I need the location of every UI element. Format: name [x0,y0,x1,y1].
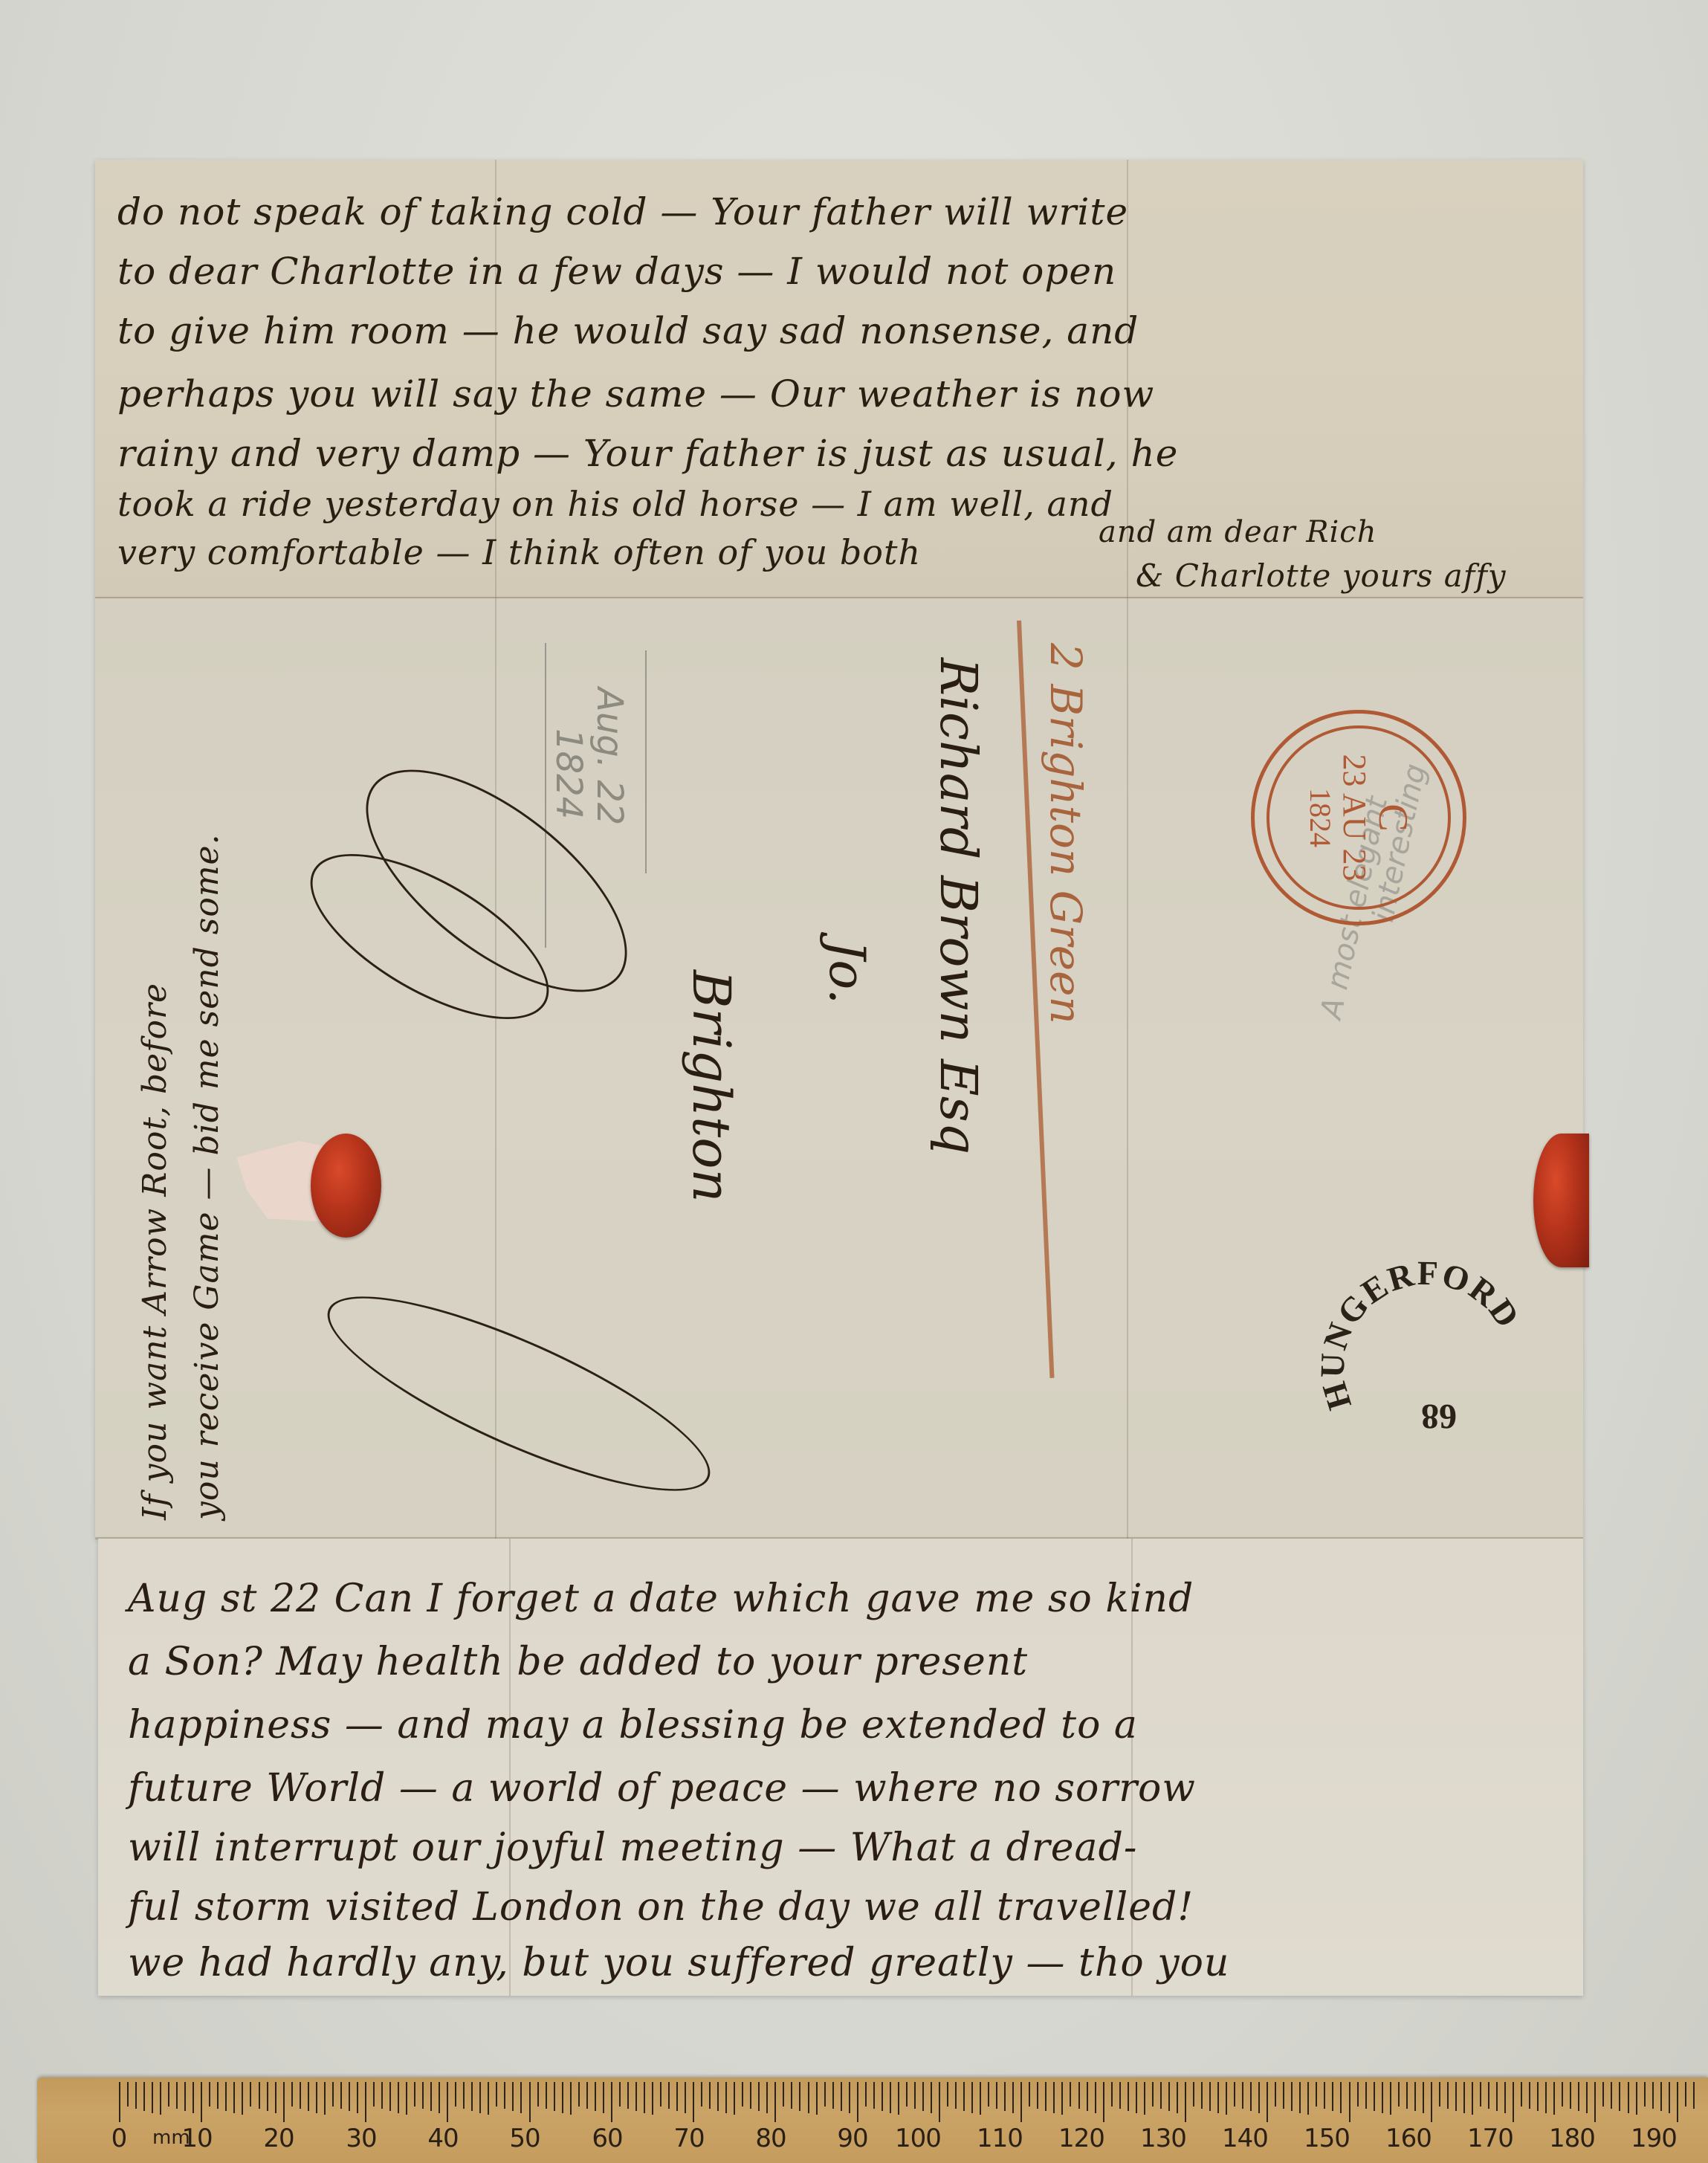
ruler-tick [709,2082,711,2109]
ruler-tick [750,2082,751,2109]
ruler-tick [1349,2082,1350,2122]
ruler-tick [1602,2082,1604,2107]
ruler-tick [1357,2082,1359,2107]
ruler-tick [406,2082,407,2115]
ruler-tick [1594,2082,1596,2122]
ruler-tick [1586,2082,1588,2113]
ruler-tick [882,2082,883,2111]
letter-line: Aug st 22 Can I forget a date which gave… [128,1580,1194,1618]
ruler-tick [1545,2082,1547,2113]
ruler-tick [1677,2082,1678,2122]
letter-line: ful storm visited London on the day we a… [128,1888,1194,1927]
ruler-tick [799,2082,800,2111]
ruler-tick [160,2082,161,2115]
ruler-tick [890,2082,891,2113]
ruler-tick [176,2082,178,2109]
ruler-label: 60 [592,2124,622,2153]
ruler-tick [1250,2082,1252,2111]
postmark-number: 68 [1421,1397,1457,1436]
ruler-label: 10 [181,2124,212,2153]
ruler-tick [1078,2082,1080,2109]
ruler-tick [980,2082,981,2115]
ruler-tick [668,2082,670,2109]
ruler-tick [291,2082,293,2107]
ruler-tick [1299,2082,1301,2113]
ruler-tick [193,2082,194,2113]
ruler-label: 0 [111,2124,127,2153]
ruler-tick [463,2082,465,2109]
ruler-tick [308,2082,309,2111]
ruler-label: 30 [346,2124,376,2153]
ruler-tick [1070,2082,1071,2107]
ruler-tick [742,2082,743,2107]
ruler-tick [1242,2082,1243,2109]
ruler-tick [1611,2082,1612,2109]
ruler-tick [1636,2082,1637,2115]
ruler-tick [1177,2082,1178,2113]
ruler-tick [1423,2082,1424,2113]
ruler-tick [963,2082,965,2111]
wax-seal-left [311,1134,381,1238]
ruler-tick [1447,2082,1449,2109]
ruler-tick [914,2082,916,2109]
closing-insert: and am dear Rich [1099,515,1377,549]
ruler-tick [1578,2082,1579,2111]
ruler-tick [168,2082,169,2107]
ruler-tick [766,2082,768,2113]
ruler-tick [1340,2082,1342,2113]
ruler-tick [841,2082,842,2111]
ruler-tick [1136,2082,1137,2113]
ruler-label: 170 [1467,2124,1513,2153]
postal-charge: 2 Brighton Green [1041,643,1091,1024]
ruler-tick [1439,2082,1440,2107]
postmark-hungerford: HUNGERFORD 68 [1308,1219,1531,1442]
ruler-tick [1283,2082,1284,2109]
ruler-tick [1209,2082,1211,2111]
ruler-tick [267,2082,268,2111]
ruler-tick [1004,2082,1006,2111]
ruler-tick [1332,2082,1333,2111]
ruler-tick [627,2082,629,2109]
ruler-tick [398,2082,399,2113]
ruler-tick [1316,2082,1317,2107]
postmark-letter: C [1372,754,1414,881]
ruler-tick [947,2082,948,2107]
ruler-tick [1201,2082,1203,2109]
ruler-tick [283,2082,285,2122]
ruler-tick [1398,2082,1400,2107]
ruler-tick [586,2082,588,2109]
ruler-label: 160 [1385,2124,1432,2153]
ruler-tick [774,2082,776,2122]
ruler-tick [857,2082,858,2122]
ruler-tick [455,2082,456,2107]
ruler-tick [971,2082,973,2113]
ruler-tick [324,2082,326,2115]
ruler-tick [1455,2082,1457,2111]
ruler-tick [414,2082,415,2107]
ruler-tick [906,2082,908,2107]
ruler-tick [734,2082,735,2115]
ruler-tick [504,2082,505,2109]
ruler-tick [849,2082,850,2113]
ruler-tick [619,2082,621,2107]
letter-line: perhaps you will say the same — Our weat… [117,375,1154,413]
address-initials: Jo. [818,940,876,1004]
ruler-tick [225,2082,227,2111]
postmark-arc: HUNGERFORD 68 [1308,1219,1531,1442]
postmark-text: C 23 AU 23 1824 [1304,754,1414,881]
address-name: Richard Brown Esq [928,658,987,1154]
ruler-tick [201,2082,202,2122]
ruler-tick [996,2082,997,2109]
ruler-label: 150 [1304,2124,1350,2153]
ruler-label: 110 [977,2124,1023,2153]
fold-line [1127,598,1128,1539]
letter-line: we had hardly any, but you suffered grea… [128,1944,1229,1982]
ruler-tick [1307,2082,1309,2115]
ruler-tick [725,2082,727,2113]
ruler-tick [349,2082,350,2111]
ruler-tick [1291,2082,1293,2111]
ruler-tick [127,2082,129,2107]
letter-line: rainy and very damp — Your father is jus… [117,435,1178,472]
ruler-tick [1324,2082,1325,2109]
ruler-tick [1529,2082,1530,2109]
ruler-tick [1365,2082,1367,2109]
closing-signature: & Charlotte yours affy [1136,557,1507,594]
ruler-tick [381,2082,383,2109]
ruler-tick [562,2082,563,2113]
ruler-label: 140 [1222,2124,1268,2153]
ruler-tick [1193,2082,1194,2107]
ruler-tick [1685,2082,1686,2107]
ruler-label: 120 [1058,2124,1104,2153]
ruler-tick [1258,2082,1260,2113]
ruler-tick [570,2082,572,2115]
ruler-tick [1374,2082,1375,2111]
pencil-rule [645,650,647,873]
ruler-tick [1660,2082,1662,2111]
ruler-tick [389,2082,391,2111]
letter-line: to dear Charlotte in a few days — I woul… [117,253,1116,290]
ruler-tick [1496,2082,1498,2111]
folded-letter: do not speak of taking cold — Your fathe… [95,160,1583,1996]
ruler-tick [1144,2082,1145,2115]
postmark-year: 1824 [1304,754,1336,881]
ruler-tick [1275,2082,1276,2107]
ruler-tick [554,2082,555,2111]
ruler-tick [1628,2082,1629,2113]
ruler-tick [1152,2082,1154,2107]
ruler-tick [447,2082,448,2122]
ruler-tick [1061,2082,1063,2115]
ruler-tick [685,2082,686,2113]
ruler-tick [1382,2082,1383,2113]
ruler-tick [1553,2082,1555,2115]
ruler-tick [242,2082,243,2115]
ruler-tick [1012,2082,1014,2113]
ruler-tick [357,2082,358,2113]
ruler-tick [1652,2082,1654,2109]
ruler-tick [184,2082,186,2111]
ruler-tick [652,2082,653,2115]
ruler-tick [1103,2082,1104,2122]
letter-line: happiness — and may a blessing be extend… [128,1706,1138,1745]
ruler-tick [1619,2082,1620,2111]
ruler-tick [1521,2082,1522,2107]
ruler-tick [1029,2082,1030,2107]
ruler-tick [217,2082,219,2109]
ruler-tick [791,2082,792,2109]
ruler-tick [365,2082,366,2122]
pencil-year: 1824 [548,728,589,819]
ruler-tick [1267,2082,1268,2122]
ruler-tick [340,2082,342,2109]
ruler-tick [1185,2082,1186,2122]
ruler-tick [1562,2082,1563,2107]
ruler-label: 130 [1140,2124,1186,2153]
ruler-tick [717,2082,719,2111]
ruler-label: 40 [427,2124,458,2153]
ruler-tick [520,2082,522,2113]
ruler-tick [537,2082,539,2107]
ruler-tick [332,2082,334,2107]
ruler-tick [1160,2082,1162,2109]
address-town: Brighton [681,970,742,1203]
ruler-label: 90 [837,2124,867,2153]
ruler-tick [1669,2082,1670,2113]
ruler-tick [808,2082,809,2113]
ruler-label: 80 [755,2124,786,2153]
ruler-tick [701,2082,702,2107]
letter-line: will interrupt our joyful meeting — What… [128,1829,1137,1867]
ruler-tick [488,2082,489,2115]
ruler-tick [546,2082,547,2109]
ruler-tick [824,2082,826,2107]
measurement-ruler: mm 0 10 20 30 40 50 60 70 80 90 100 110 … [37,2078,1708,2163]
ruler-tick [479,2082,481,2113]
ruler-tick [1537,2082,1539,2111]
ruler-tick [1414,2082,1416,2111]
ruler-tick [439,2082,440,2113]
ruler-tick [635,2082,637,2111]
ruler-tick [300,2082,301,2109]
ruler-tick [529,2082,531,2122]
ruler-tick [873,2082,875,2109]
ruler-tick [135,2082,137,2109]
ruler-tick [1053,2082,1055,2113]
ruler-tick [250,2082,251,2107]
ruler-tick [1045,2082,1047,2111]
ruler-tick [1111,2082,1113,2107]
ruler-tick [496,2082,497,2107]
ruler-tick [430,2082,432,2111]
ruler-tick [1480,2082,1481,2107]
ruler-tick [931,2082,932,2113]
ruler-label: 100 [895,2124,941,2153]
ruler-tick [143,2082,145,2111]
ruler-tick [660,2082,661,2107]
letter-line: to give him room — he would say sad nons… [117,312,1139,349]
ruler-tick [644,2082,645,2113]
ruler-tick [1570,2082,1571,2109]
ruler-tick [611,2082,612,2122]
ruler-tick [1226,2082,1227,2115]
ruler-tick [1020,2082,1022,2122]
ruler-tick [595,2082,596,2111]
pencil-date: Aug. 22 [589,688,630,825]
ruler-tick [988,2082,989,2107]
ruler-label: 180 [1549,2124,1595,2153]
ruler-tick [865,2082,867,2107]
ruler-tick [783,2082,784,2107]
side-note-line: you receive Game — bid me send some. [188,833,226,1520]
flourish-loop [308,1261,731,1526]
letter-line: took a ride yesterday on his old horse —… [117,487,1113,521]
postmark-town: HUNGERFORD [1313,1254,1528,1414]
ruler-tick [693,2082,694,2122]
ruler-tick [955,2082,957,2109]
ruler-tick [816,2082,818,2115]
ruler-tick [578,2082,580,2107]
ruler-tick [1234,2082,1235,2107]
ruler-tick [898,2082,899,2115]
ruler-tick [471,2082,473,2111]
ruler-tick [1693,2082,1695,2109]
letter-line: a Son? May health be added to your prese… [128,1643,1028,1681]
letter-top-panel: do not speak of taking cold — Your fathe… [95,160,1583,598]
ruler-tick [1431,2082,1432,2122]
ruler-tick [1488,2082,1489,2109]
ruler-tick [832,2082,834,2109]
ruler-tick [1472,2082,1473,2115]
ruler-tick [1119,2082,1121,2109]
ruler-tick [512,2082,514,2111]
svg-text:HUNGERFORD: HUNGERFORD [1313,1254,1528,1414]
ruler-tick [1168,2082,1170,2111]
ruler-tick [922,2082,924,2111]
ruler-tick [1644,2082,1646,2107]
ruler-tick [1406,2082,1408,2109]
ruler-label: 50 [509,2124,540,2153]
ruler-tick [422,2082,424,2109]
side-note-line: If you want Arrow Root, before [136,983,174,1520]
ruler-tick [1513,2082,1514,2122]
wax-seal-right [1533,1134,1589,1267]
ruler-tick [676,2082,678,2111]
ruler-label: 190 [1631,2124,1677,2153]
ruler-tick [1095,2082,1096,2113]
ruler-tick [1037,2082,1038,2109]
letter-line: future World — a world of peace — where … [128,1769,1196,1808]
postmark-date: 23 AU 23 [1336,754,1372,881]
ruler-tick [939,2082,940,2122]
letter-line: very comfortable — I think often of you … [117,535,921,569]
postmark-dated: C 23 AU 23 1824 [1251,710,1466,925]
ruler-label: 20 [263,2124,294,2153]
ruler-tick [316,2082,317,2113]
letter-bottom-panel: Aug st 22 Can I forget a date which gave… [98,1539,1583,1996]
ruler-tick [1128,2082,1129,2111]
ruler-tick [119,2082,120,2122]
ruler-tick [275,2082,276,2113]
ruler-tick [209,2082,210,2107]
ruler-tick [603,2082,604,2113]
ruler-label: 70 [673,2124,704,2153]
ruler-tick [1463,2082,1465,2113]
ruler-tick [1390,2082,1391,2115]
ruler-tick [373,2082,375,2107]
letter-address-panel: If you want Arrow Root, before you recei… [95,598,1583,1539]
ruler-tick [259,2082,260,2109]
ruler-tick [1504,2082,1506,2113]
ruler-tick [152,2082,153,2113]
letter-line: do not speak of taking cold — Your fathe… [117,193,1128,230]
ruler-tick [233,2082,235,2113]
ruler-tick [1087,2082,1088,2111]
ruler-tick [758,2082,760,2111]
ruler-tick [1217,2082,1219,2113]
